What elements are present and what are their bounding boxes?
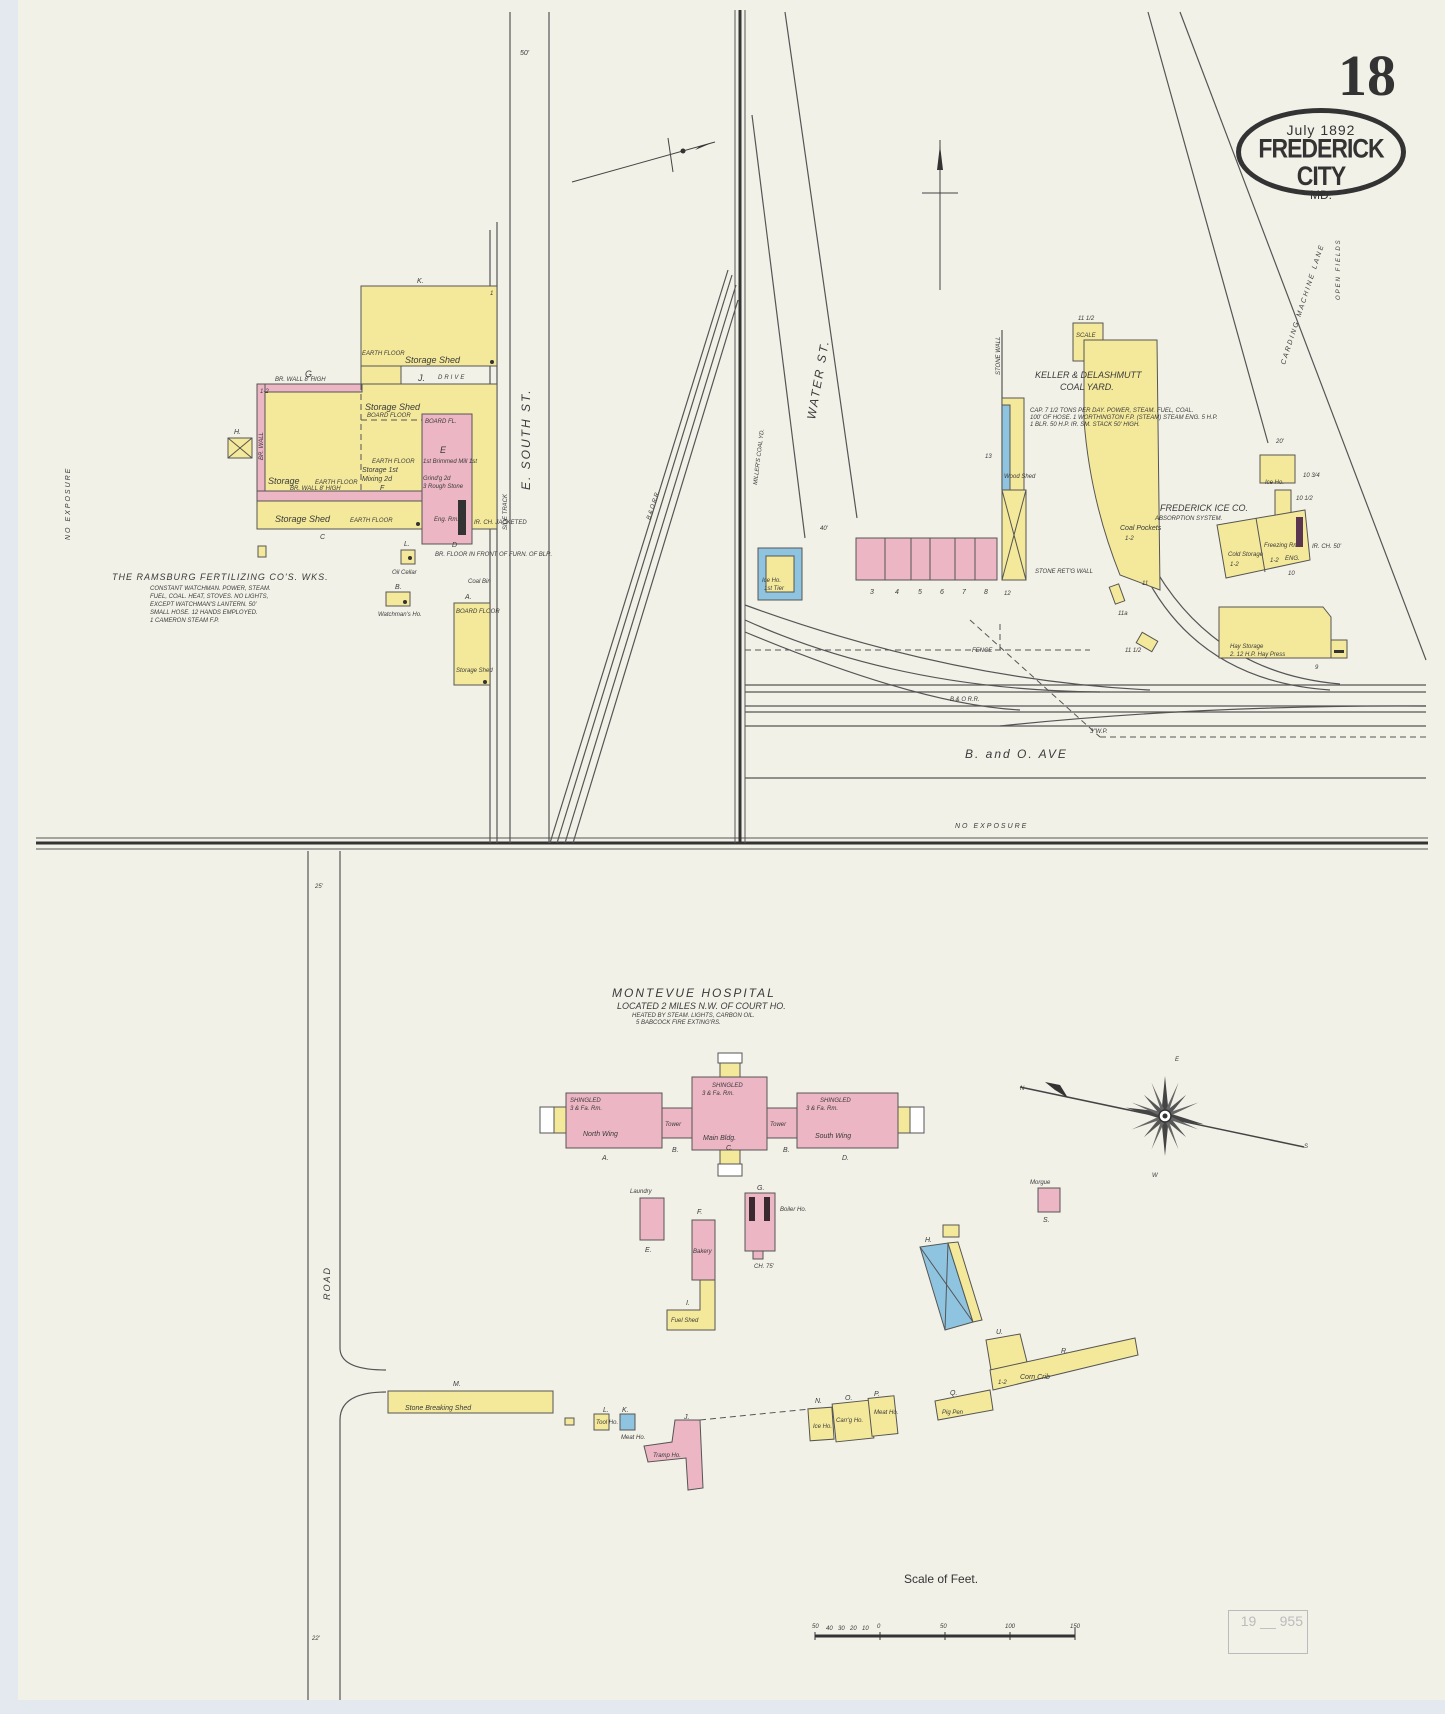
svg-text:L.: L. xyxy=(404,541,410,548)
svg-text:3 & Fa. Rm.: 3 & Fa. Rm. xyxy=(570,1106,602,1112)
stone-breaking-shed: M. Stone Breaking Shed L. Tool Ho. K. Me… xyxy=(388,1381,820,1490)
svg-text:OPEN FIELDS: OPEN FIELDS xyxy=(1336,238,1342,300)
svg-text:B & O R.R.: B & O R.R. xyxy=(950,697,980,703)
svg-text:WATER ST.: WATER ST. xyxy=(804,338,832,420)
svg-text:Ice Ho.: Ice Ho. xyxy=(1265,480,1284,486)
svg-text:Eng. Rm.: Eng. Rm. xyxy=(434,517,459,523)
svg-text:40: 40 xyxy=(826,1626,833,1632)
e-south-street: 50' E. SOUTH ST. SIDE TRACK xyxy=(490,12,549,843)
title-cartouche: July 1892 FREDERICK CITY MD. xyxy=(1236,108,1406,196)
svg-text:5 BABCOCK FIRE EXTING'RS.: 5 BABCOCK FIRE EXTING'RS. xyxy=(636,1020,721,1026)
svg-text:D: D xyxy=(452,542,457,549)
svg-text:13: 13 xyxy=(985,454,992,460)
svg-text:South Wing: South Wing xyxy=(815,1133,851,1140)
svg-text:3"W.P.: 3"W.P. xyxy=(1090,729,1107,735)
svg-text:Ice Ho.: Ice Ho. xyxy=(813,1424,832,1430)
svg-text:Tool Ho.: Tool Ho. xyxy=(596,1420,618,1426)
svg-text:Carr'g Ho.: Carr'g Ho. xyxy=(836,1418,863,1424)
svg-text:E: E xyxy=(440,445,447,455)
svg-text:EXCEPT WATCHMAN'S LANTERN. 50': EXCEPT WATCHMAN'S LANTERN. 50' xyxy=(150,602,257,608)
svg-text:H.: H. xyxy=(925,1237,932,1244)
keller-coal-yard: STONE WALL Wood Shed 13 12 SCALE 11 1/2 … xyxy=(985,316,1218,654)
svg-text:KELLER & DELASHMUTT: KELLER & DELASHMUTT xyxy=(1035,370,1143,380)
svg-text:0: 0 xyxy=(877,1624,881,1630)
svg-text:A.: A. xyxy=(601,1155,609,1162)
svg-text:SCALE: SCALE xyxy=(1076,333,1097,339)
morgue: Morgue S. xyxy=(1030,1180,1060,1224)
svg-text:I.: I. xyxy=(686,1300,690,1307)
svg-text:Main Bldg.: Main Bldg. xyxy=(703,1135,736,1142)
svg-text:Q.: Q. xyxy=(950,1390,957,1397)
svg-text:3: 3 xyxy=(870,589,874,596)
svg-text:6: 6 xyxy=(940,589,944,596)
b-o-railroad: B & O R.R. 3"W.P. B. and O. AVE NO EXPOS… xyxy=(745,540,1426,830)
svg-text:10: 10 xyxy=(862,1626,869,1632)
svg-text:Grind'g 2d: Grind'g 2d xyxy=(423,476,451,482)
svg-text:ABSORPTION SYSTEM.: ABSORPTION SYSTEM. xyxy=(1154,516,1222,522)
svg-text:Corn Crib: Corn Crib xyxy=(1020,1374,1050,1381)
svg-text:CAP. 7 1/2 TONS PER DAY. POWER: CAP. 7 1/2 TONS PER DAY. POWER, STEAM. F… xyxy=(1030,408,1194,414)
svg-text:7: 7 xyxy=(962,589,967,596)
svg-text:Storage Shed: Storage Shed xyxy=(275,514,331,524)
svg-text:11 1/2: 11 1/2 xyxy=(1125,648,1142,654)
svg-text:Pig Pen: Pig Pen xyxy=(942,1410,964,1416)
svg-text:1-2: 1-2 xyxy=(998,1380,1007,1386)
svg-text:Storage Shed: Storage Shed xyxy=(456,668,493,674)
svg-text:Mixing 2d: Mixing 2d xyxy=(362,476,393,483)
svg-text:Storage Shed: Storage Shed xyxy=(405,355,461,365)
svg-text:C: C xyxy=(320,534,326,541)
svg-text:Tramp Ho.: Tramp Ho. xyxy=(653,1453,681,1459)
svg-text:Coal Pockets: Coal Pockets xyxy=(1120,525,1162,532)
svg-text:Cold Storage: Cold Storage xyxy=(1228,552,1264,558)
svg-text:Fuel Shed: Fuel Shed xyxy=(671,1318,699,1324)
svg-text:Storage: Storage xyxy=(268,476,300,486)
svg-text:E: E xyxy=(1175,1057,1180,1063)
svg-text:Stone Breaking Shed: Stone Breaking Shed xyxy=(405,1405,472,1412)
svg-text:M.: M. xyxy=(453,1381,461,1388)
svg-text:EARTH FLOOR: EARTH FLOOR xyxy=(372,459,415,465)
scale-title: Scale of Feet. xyxy=(904,1572,978,1586)
svg-text:STONE RET'G WALL: STONE RET'G WALL xyxy=(1035,569,1093,575)
svg-text:9: 9 xyxy=(1315,665,1319,671)
svg-text:4: 4 xyxy=(895,589,899,596)
svg-text:10: 10 xyxy=(1288,571,1295,577)
north-arrow-right xyxy=(922,140,958,290)
svg-text:S: S xyxy=(1304,1144,1308,1150)
svg-text:F.: F. xyxy=(697,1209,702,1216)
svg-text:Ice Ho.: Ice Ho. xyxy=(762,578,781,584)
svg-text:COAL YARD.: COAL YARD. xyxy=(1060,382,1114,392)
svg-text:B.: B. xyxy=(783,1147,790,1154)
svg-text:SHINGLED: SHINGLED xyxy=(712,1083,743,1089)
svg-text:BR. FLOOR IN FRONT OF FURN. OF: BR. FLOOR IN FRONT OF FURN. OF BLR. xyxy=(435,552,552,558)
svg-text:MILLER'S COAL YD.: MILLER'S COAL YD. xyxy=(753,429,766,486)
svg-text:A.: A. xyxy=(464,594,472,601)
svg-text:3 & Fa. Rm.: 3 & Fa. Rm. xyxy=(806,1106,838,1112)
library-stamp: 19 __ 955 xyxy=(1228,1610,1308,1654)
svg-text:HEATED BY STEAM. LIGHTS, CARBO: HEATED BY STEAM. LIGHTS, CARBON OIL. xyxy=(632,1013,755,1019)
svg-text:1st Tier: 1st Tier xyxy=(764,586,785,592)
svg-text:3 Rough Stone: 3 Rough Stone xyxy=(423,484,464,490)
svg-text:Watchman's Ho.: Watchman's Ho. xyxy=(378,612,422,618)
svg-text:U.: U. xyxy=(996,1329,1003,1336)
svg-text:CH. 75': CH. 75' xyxy=(754,1264,775,1270)
sanborn-map: 50' E. SOUTH ST. SIDE TRACK B & O R.R. N… xyxy=(0,0,1445,1714)
svg-text:F: F xyxy=(380,485,385,492)
svg-text:D.: D. xyxy=(842,1155,849,1162)
svg-text:Wood Shed: Wood Shed xyxy=(1004,474,1036,480)
scale-bar: 50 40 30 20 10 0 50 100 150 xyxy=(812,1624,1081,1640)
svg-text:Storage 1st: Storage 1st xyxy=(362,467,399,474)
stable: H. xyxy=(920,1225,982,1330)
svg-text:22': 22' xyxy=(311,1636,321,1642)
svg-text:FENCE: FENCE xyxy=(972,648,993,654)
svg-text:40': 40' xyxy=(820,526,829,532)
svg-text:150: 150 xyxy=(1070,1624,1081,1630)
svg-text:Meat Ho.: Meat Ho. xyxy=(621,1435,645,1441)
svg-text:Laundry: Laundry xyxy=(630,1189,653,1195)
svg-text:Hay Storage: Hay Storage xyxy=(1230,644,1264,650)
svg-text:11: 11 xyxy=(1142,581,1148,587)
svg-text:BOARD FL.: BOARD FL. xyxy=(425,419,457,425)
svg-text:ENG.: ENG. xyxy=(1285,556,1300,562)
svg-text:11a: 11a xyxy=(1118,611,1128,617)
svg-text:CARDING MACHINE LANE: CARDING MACHINE LANE xyxy=(1280,243,1326,366)
svg-text:FUEL, COAL. HEAT, STOVES. NO L: FUEL, COAL. HEAT, STOVES. NO LIGHTS, xyxy=(150,594,268,600)
svg-text:Coal Bin: Coal Bin xyxy=(468,579,491,585)
svg-text:NO EXPOSURE: NO EXPOSURE xyxy=(955,823,1028,830)
svg-text:20': 20' xyxy=(1275,439,1285,445)
farm-buildings: N. Ice Ho. O. Carr'g Ho. P. Meat Ho. Q. … xyxy=(808,1329,1138,1442)
svg-text:L.: L. xyxy=(603,1407,609,1414)
stamp-text: 19 __ 955 xyxy=(1241,1613,1303,1629)
svg-text:BR. WALL 8' HIGH: BR. WALL 8' HIGH xyxy=(290,486,341,492)
millers-ice-house: Ice Ho. 1st Tier xyxy=(758,548,802,600)
hospital-main-complex: SHINGLED 3 & Fa. Rm. North Wing A. Tower… xyxy=(540,1053,924,1176)
road: 25' 22' ROAD xyxy=(308,851,386,1700)
svg-text:C.: C. xyxy=(726,1145,733,1152)
cartouche-city: FREDERICK CITY xyxy=(1241,134,1401,189)
svg-text:ROAD: ROAD xyxy=(322,1266,332,1300)
svg-text:H.: H. xyxy=(234,429,241,436)
svg-text:1 CAMERON STEAM F.P.: 1 CAMERON STEAM F.P. xyxy=(150,618,219,624)
north-arrow-top xyxy=(572,138,715,182)
svg-text:B. and O. AVE: B. and O. AVE xyxy=(965,747,1068,761)
svg-text:Tower: Tower xyxy=(665,1122,682,1128)
svg-text:B & O R.R.: B & O R.R. xyxy=(646,491,661,521)
svg-text:K.: K. xyxy=(622,1407,629,1414)
svg-text:BR. WALL: BR. WALL xyxy=(259,432,265,460)
svg-text:B.: B. xyxy=(395,584,402,591)
svg-text:50': 50' xyxy=(520,50,530,57)
svg-text:SHINGLED: SHINGLED xyxy=(820,1098,851,1104)
svg-text:Morgue: Morgue xyxy=(1030,1180,1051,1186)
b-o-rr-diagonal: B & O R.R. xyxy=(550,270,738,843)
svg-text:E. SOUTH ST.: E. SOUTH ST. xyxy=(519,388,533,490)
svg-text:STONE WALL: STONE WALL xyxy=(996,337,1002,375)
svg-text:8: 8 xyxy=(984,589,988,596)
svg-text:N.: N. xyxy=(815,1398,822,1405)
svg-text:W: W xyxy=(1152,1173,1159,1179)
svg-text:1st Brimmed Mill 1st: 1st Brimmed Mill 1st xyxy=(423,459,477,465)
svg-text:1-2: 1-2 xyxy=(1270,558,1279,564)
svg-text:30: 30 xyxy=(838,1626,845,1632)
left-no-exposure: NO EXPOSURE xyxy=(65,467,72,540)
svg-text:1-2: 1-2 xyxy=(1230,562,1239,568)
row-houses: 3 4 5 6 7 8 xyxy=(856,538,997,596)
svg-text:J.: J. xyxy=(417,373,425,383)
svg-text:IR. CH. JACKETED: IR. CH. JACKETED xyxy=(474,520,527,526)
svg-text:11 1/2: 11 1/2 xyxy=(1078,316,1095,322)
svg-text:DRIVE: DRIVE xyxy=(438,375,466,381)
svg-text:SMALL HOSE. 12 HANDS EMPLOYED.: SMALL HOSE. 12 HANDS EMPLOYED. xyxy=(150,610,258,616)
svg-text:BOARD FLOOR: BOARD FLOOR xyxy=(367,413,411,419)
svg-text:BR. WALL 8' HIGH: BR. WALL 8' HIGH xyxy=(275,377,326,383)
svg-text:LOCATED 2 MILES N.W. OF COURT: LOCATED 2 MILES N.W. OF COURT HO. xyxy=(617,1001,786,1011)
svg-text:B.: B. xyxy=(672,1147,679,1154)
svg-text:EARTH FLOOR: EARTH FLOOR xyxy=(350,518,393,524)
svg-text:FREDERICK ICE CO.: FREDERICK ICE CO. xyxy=(1160,503,1248,513)
svg-text:MONTEVUE HOSPITAL: MONTEVUE HOSPITAL xyxy=(612,986,776,1000)
water-street: WATER ST. MILLER'S COAL YD. 40' xyxy=(752,12,857,538)
svg-text:2. 12 H.P. Hay Press: 2. 12 H.P. Hay Press xyxy=(1229,652,1285,658)
ramsburg-works: K. 1 EARTH FLOOR Storage Shed J. DRIVE G… xyxy=(112,278,552,685)
svg-text:G.: G. xyxy=(757,1185,764,1192)
svg-text:5: 5 xyxy=(918,589,922,596)
svg-text:Tower: Tower xyxy=(770,1122,787,1128)
svg-text:20: 20 xyxy=(849,1626,857,1632)
svg-text:Boiler Ho.: Boiler Ho. xyxy=(780,1207,806,1213)
svg-text:10 3/4: 10 3/4 xyxy=(1303,473,1320,479)
svg-text:12: 12 xyxy=(1004,591,1011,597)
svg-text:1: 1 xyxy=(490,291,493,297)
svg-text:Meat Ho.: Meat Ho. xyxy=(874,1410,898,1416)
hospital-title-block: MONTEVUE HOSPITAL LOCATED 2 MILES N.W. O… xyxy=(612,986,786,1026)
svg-text:3 & Fa. Rm.: 3 & Fa. Rm. xyxy=(702,1091,734,1097)
svg-text:Oil Cellar: Oil Cellar xyxy=(392,570,418,576)
svg-text:CONSTANT WATCHMAN. POWER, STEA: CONSTANT WATCHMAN. POWER, STEAM. xyxy=(150,586,271,592)
svg-text:1-2: 1-2 xyxy=(260,389,269,395)
svg-text:S.: S. xyxy=(1043,1217,1050,1224)
svg-text:EARTH FLOOR: EARTH FLOOR xyxy=(362,351,405,357)
svg-text:SHINGLED: SHINGLED xyxy=(570,1098,601,1104)
svg-text:50: 50 xyxy=(812,1624,819,1630)
hospital-outbuildings: Laundry E. F. Bakery I. Fuel Shed G. Boi… xyxy=(630,1185,806,1330)
svg-text:1-2: 1-2 xyxy=(1125,536,1134,542)
ramsburg-title: THE RAMSBURG FERTILIZING CO'S. WKS. xyxy=(112,572,329,582)
svg-text:E.: E. xyxy=(645,1247,652,1254)
svg-text:Freezing Rm.: Freezing Rm. xyxy=(1264,543,1300,549)
svg-text:BOARD FLOOR: BOARD FLOOR xyxy=(456,609,500,615)
svg-text:Bakery: Bakery xyxy=(693,1249,713,1255)
compass-rose: N S E W xyxy=(1020,1057,1308,1179)
svg-text:25': 25' xyxy=(314,884,324,890)
svg-text:100' OF HOSE. 1 WORTHINGTON F.: 100' OF HOSE. 1 WORTHINGTON F.P. (STEAM)… xyxy=(1030,415,1218,421)
svg-text:1 BLR. 50 H.P. IR. SM. STACK 5: 1 BLR. 50 H.P. IR. SM. STACK 50' HIGH. xyxy=(1030,422,1140,428)
svg-text:N: N xyxy=(1020,1086,1025,1092)
svg-text:10 1/2: 10 1/2 xyxy=(1296,496,1313,502)
frame-lines xyxy=(36,10,1428,849)
svg-text:North Wing: North Wing xyxy=(583,1131,618,1138)
svg-text:IR. CH. 50': IR. CH. 50' xyxy=(1312,544,1342,550)
svg-text:Storage Shed: Storage Shed xyxy=(365,402,421,412)
svg-text:O.: O. xyxy=(845,1395,852,1402)
sheet-number: 18 xyxy=(1338,42,1396,109)
frederick-ice-co: FREDERICK ICE CO. ABSORPTION SYSTEM. Ice… xyxy=(1154,455,1347,671)
svg-text:100: 100 xyxy=(1005,1624,1016,1630)
svg-text:K.: K. xyxy=(417,278,424,285)
svg-text:50: 50 xyxy=(940,1624,947,1630)
